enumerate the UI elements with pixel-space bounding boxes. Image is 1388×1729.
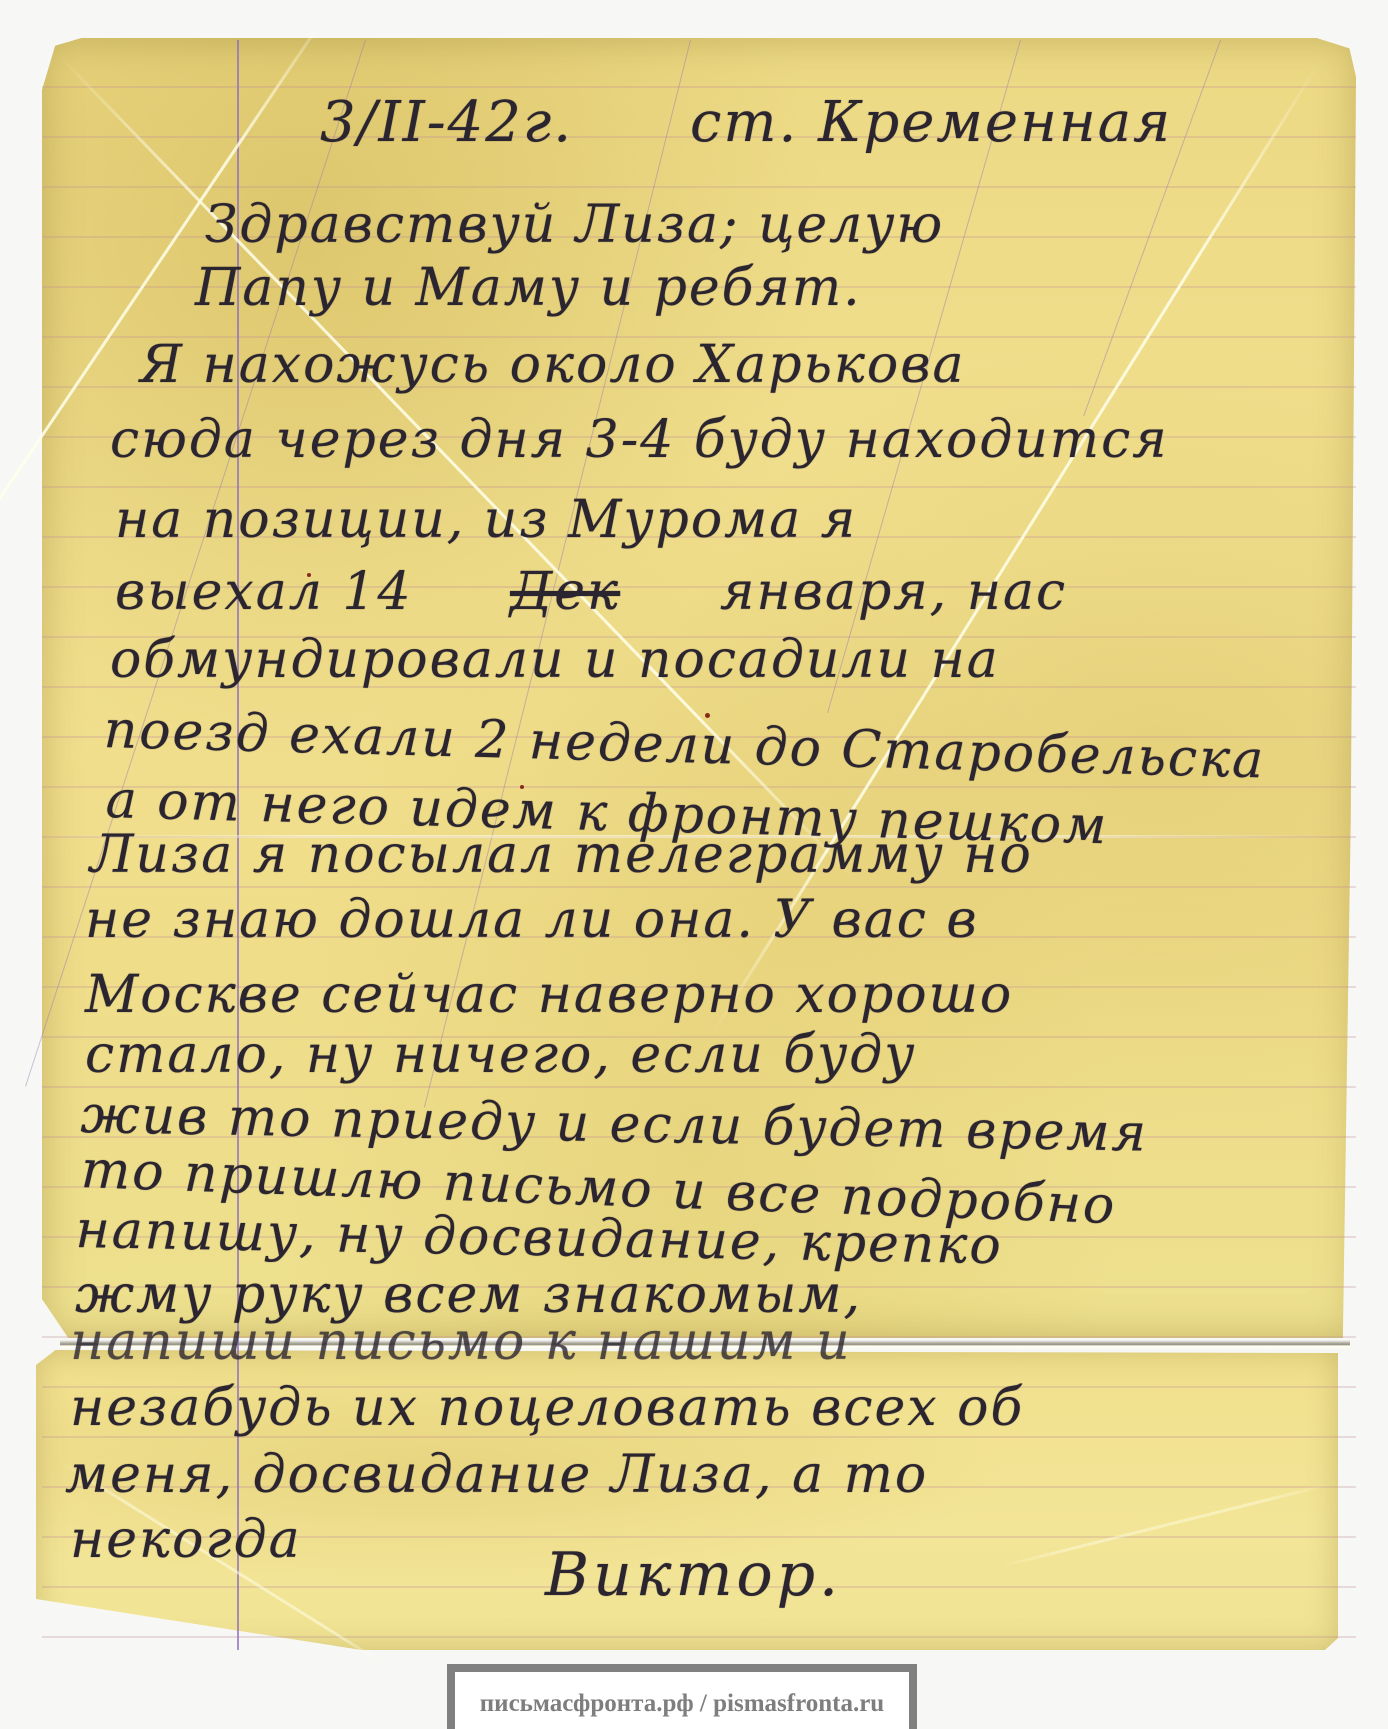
signature: Виктор. bbox=[545, 1540, 842, 1610]
struck-word: Дек bbox=[510, 562, 620, 622]
letter-line: Лиза я посылал телеграмму но bbox=[90, 825, 1033, 885]
letter-line: не знаю дошла ли она. У вас в bbox=[85, 890, 979, 950]
letter-line: Здравствуй Лиза; целую bbox=[205, 195, 944, 255]
letter-line: обмундировали и посадили на bbox=[110, 630, 1000, 690]
letter-line: января, нас bbox=[720, 562, 1067, 622]
watermark-text: письмасфронта.рф / pismasfronta.ru bbox=[480, 1690, 884, 1718]
letter-line: на позиции, из Мурома я bbox=[115, 490, 857, 550]
letter-line: стало, ну ничего, если буду bbox=[85, 1025, 916, 1085]
letter-line: некогда bbox=[70, 1510, 302, 1570]
letter-line: незабудь их поцеловать всех об bbox=[70, 1378, 1024, 1438]
letter-line: Папу и Маму и ребят. bbox=[195, 258, 862, 318]
letter-line: сюда через дня 3-4 буду находится bbox=[110, 410, 1169, 470]
letter-line: Москве сейчас наверно хорошо bbox=[85, 965, 1013, 1025]
watermark-caption: письмасфронта.рф / pismasfronta.ru bbox=[447, 1664, 917, 1729]
letter-location: ст. Кременная bbox=[690, 90, 1172, 155]
letter-line: напиши письмо к нашим и bbox=[70, 1312, 852, 1372]
letter-line: Я нахожусь около Харькова bbox=[140, 335, 966, 395]
letter-line: меня, досвидание Лиза, а то bbox=[65, 1445, 928, 1505]
letter-line: выехал 14 bbox=[115, 562, 413, 622]
letter-date: 3/II-42г. bbox=[320, 90, 573, 155]
